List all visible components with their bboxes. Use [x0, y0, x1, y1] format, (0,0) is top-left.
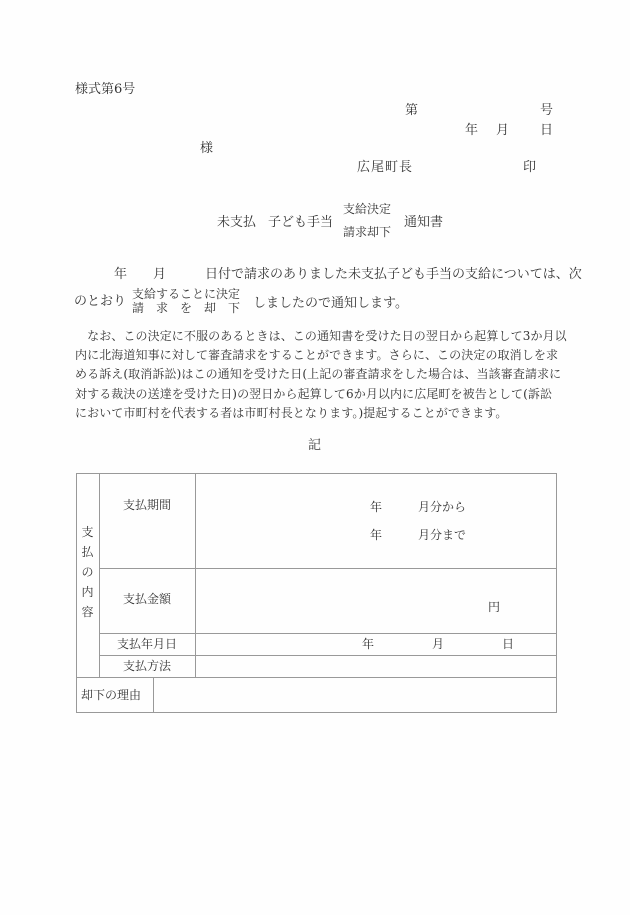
doc-number-prefix: 第 — [405, 104, 418, 117]
title-option-grant-decision: 支給決定 — [343, 203, 391, 215]
appeal-notice-line: において市町村を代表する者は市町村長となります。)提起することができます。 — [75, 404, 567, 423]
table-vline-label — [195, 473, 196, 677]
table-hline-1 — [99, 568, 557, 569]
date-month-label: 月 — [496, 124, 509, 137]
appeal-notice-line: める訴え(取消訴訟)はこの通知を受けた日(上記の審査請求をした場合は、当該審査請… — [75, 365, 567, 384]
table-vline-rejection — [153, 677, 154, 713]
decision-option-reject: 請 求 を 却 下 — [132, 302, 240, 314]
decision-option-stack: 支給することに決定 請 求 を 却 下 — [132, 288, 240, 314]
date-day-label: 日 — [540, 124, 553, 137]
payment-date-day: 日 — [502, 638, 514, 650]
payment-amount-label: 支払金額 — [123, 593, 171, 605]
document-title: 未支払 子ども手当 支給決定 請求却下 通知書 — [217, 203, 443, 238]
table-hline-2 — [99, 633, 557, 634]
payment-date-label: 支払年月日 — [117, 638, 177, 650]
date-year-label: 年 — [465, 124, 478, 137]
title-part-unpaid: 未支払 — [217, 211, 256, 230]
payment-period-from: 年 月分から — [370, 501, 466, 513]
record-mark: 記 — [308, 439, 321, 452]
appeal-notice-line: 対する裁決の送達を受けた日)の翌日から起算して6か月以内に広尾町を被告として(訴… — [75, 385, 567, 404]
issuer-title: 広尾町長 — [357, 161, 413, 174]
title-option-stack: 支給決定 請求却下 — [343, 203, 391, 238]
table-vline-group — [99, 473, 100, 677]
payment-period-to: 年 月分まで — [370, 529, 466, 541]
addressee-honorific: 様 — [200, 142, 213, 155]
decision-option-grant: 支給することに決定 — [132, 288, 240, 300]
title-part-notice: 通知書 — [404, 211, 443, 230]
document-page: 様式第6号 第 号 年 月 日 様 広尾町長 印 未支払 子ども手当 支給決定 … — [0, 0, 630, 915]
body-line1: 年 月 日付で請求のありました未支払子ども手当の支給については、次 — [75, 268, 582, 281]
appeal-notice-line: なお、この決定に不服のあるときは、この通知書を受けた日の翌日から起算して3か月以 — [75, 327, 567, 346]
payment-date-year: 年 — [362, 638, 374, 650]
payment-date-month: 月 — [432, 638, 444, 650]
seal-label: 印 — [523, 161, 536, 174]
appeal-notice-paragraph: なお、この決定に不服のあるときは、この通知書を受けた日の翌日から起算して3か月以… — [75, 327, 567, 423]
table-group-label: 支払の内容 — [81, 522, 94, 622]
payment-period-label: 支払期間 — [123, 499, 171, 511]
table-hline-4 — [76, 677, 557, 678]
body-line2-suffix: しましたので通知します。 — [253, 297, 408, 310]
table-hline-3 — [99, 655, 557, 656]
form-number: 様式第6号 — [75, 83, 135, 96]
rejection-reason-label: 却下の理由 — [81, 689, 141, 701]
doc-number-suffix: 号 — [540, 104, 553, 117]
title-part-child-allowance: 子ども手当 — [268, 211, 333, 230]
payment-method-label: 支払方法 — [123, 660, 171, 672]
body-line2-prefix: のとおり — [74, 295, 126, 308]
payment-amount-unit: 円 — [488, 601, 500, 613]
title-option-claim-rejection: 請求却下 — [343, 226, 391, 238]
appeal-notice-line: 内に北海道知事に対して審査請求をすることができます。さらに、この決定の取消しを求 — [75, 346, 567, 365]
